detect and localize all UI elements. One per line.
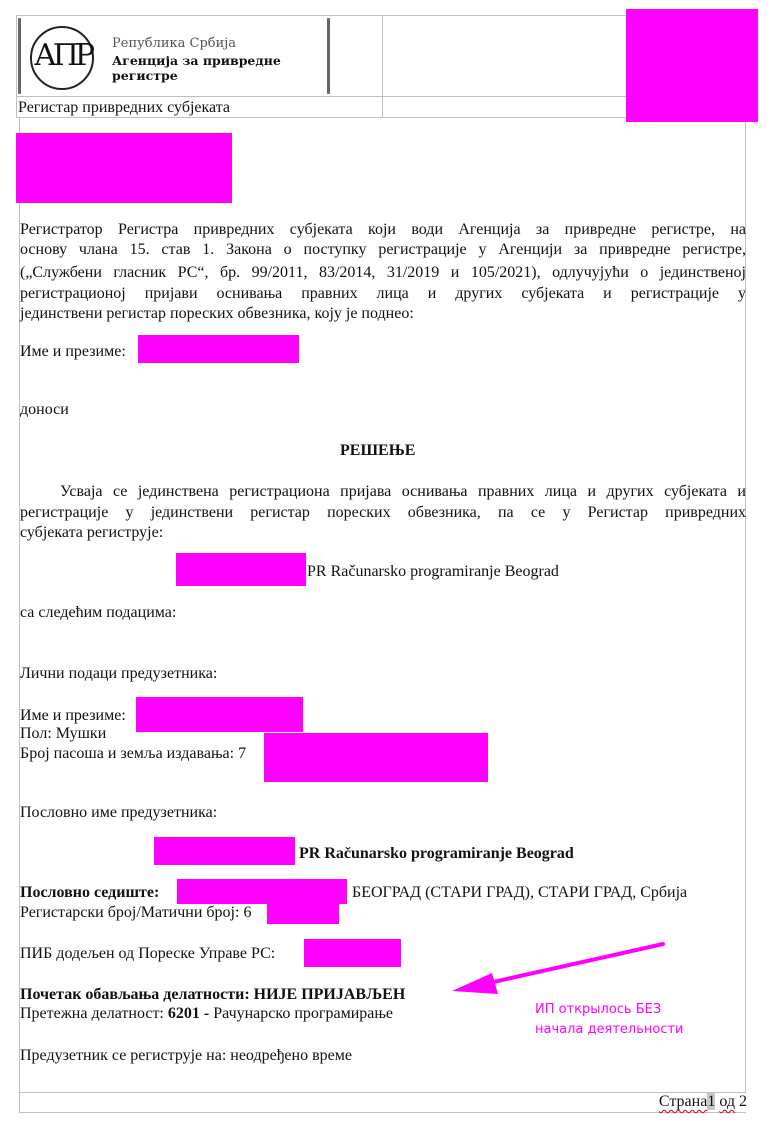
redaction-company-name-prefix: [176, 553, 306, 586]
footer-bottom-border: [19, 1112, 746, 1113]
page-current: 1: [707, 1093, 715, 1110]
logo-monogram: АПР: [34, 38, 91, 73]
decision-title: РЕШЕЊЕ: [340, 441, 415, 460]
activity-start-label: Почетак обављања делатности:: [20, 986, 250, 1003]
main-activity-row: Претежна делатност: 6201 - Рачунарско пр…: [20, 1004, 393, 1023]
passport-label: Број пасоша и земља издавања:: [20, 745, 234, 762]
header-bottom-border: [16, 117, 627, 118]
gender-label: Пол:: [20, 725, 52, 742]
decision-line-3: субјеката региструје:: [20, 523, 746, 542]
logo-left-bar: [18, 18, 21, 94]
personal-name-label: Име и презиме:: [20, 706, 126, 725]
logo-republic-text: Република Србија: [112, 36, 236, 51]
redaction-top-right: [626, 9, 758, 122]
donosi-text: доноси: [20, 400, 69, 419]
intro-line-3: („Службени гласник РС“, бр. 99/2011, 83/…: [20, 263, 746, 282]
seat-label: Пословно седиште:: [20, 883, 159, 902]
decision-line-2: регистрације у јединствени регистар поре…: [20, 503, 746, 522]
decision-line-1: Усваја се јединствена регистрациона приј…: [20, 482, 746, 501]
reg-number-label: Регистарски број/Матични број:: [20, 904, 239, 921]
company-name: PR Računarsko programiranje Beograd: [307, 562, 559, 581]
passport-partial: 7: [238, 745, 246, 762]
page-of: од: [719, 1093, 735, 1110]
footer-top-border: [19, 1092, 746, 1093]
seat-value: БЕОГРАД (СТАРИ ГРАД), СТАРИ ГРАД, Србија: [352, 883, 687, 902]
main-activity-name: Рачунарско програмирање: [213, 1005, 393, 1022]
redaction-pib: [304, 939, 401, 967]
passport-row: Број пасоша и земља издавања: 7: [20, 744, 246, 763]
page-total: 2: [739, 1093, 747, 1110]
registration-duration: Предузетник се региструје на: неодређено…: [20, 1046, 352, 1065]
redaction-doc-number: [16, 133, 232, 203]
pib-label: ПИБ додељен од Пореске Управе РС:: [20, 944, 275, 963]
business-name-heading: Пословно име предузетника:: [20, 803, 217, 822]
redaction-business-name-prefix: [154, 837, 295, 865]
business-name: PR Računarsko programiranje Beograd: [299, 844, 574, 863]
applicant-name-label: Име и презиме:: [20, 342, 126, 361]
annotation-line-1: ИП открылось БЕЗ: [535, 1000, 684, 1020]
annotation-line-2: начала деятельности: [535, 1020, 684, 1040]
main-activity-dash: -: [204, 1005, 209, 1022]
page-word: Страна: [659, 1093, 707, 1110]
personal-data-heading: Лични подаци предузетника:: [20, 664, 217, 683]
reg-number-partial: 6: [243, 904, 251, 921]
intro-line-5: јединствени регистар пореских обвезника,…: [20, 304, 746, 323]
activity-start-row: Почетак обављања делатности: НИЈЕ ПРИЈАВ…: [20, 985, 405, 1004]
redaction-applicant-name: [138, 335, 299, 363]
apr-logo: АПР Република Србија Агенција за привред…: [16, 16, 331, 94]
with-data-text: са следећим подацима:: [20, 603, 176, 622]
annotation-arrow-icon: [440, 935, 680, 1005]
gender-value: Мушки: [56, 725, 106, 742]
redaction-reg-number: [267, 898, 339, 924]
page-number: Страна1 од 2: [659, 1093, 747, 1111]
intro-line-2: основу члана 15. став 1. Закона о поступ…: [20, 240, 746, 259]
gender-row: Пол: Мушки: [20, 724, 106, 743]
annotation-note: ИП открылось БЕЗ начала деятельности: [535, 1000, 684, 1040]
logo-agency-text: Агенција за привредне регистре: [112, 53, 331, 83]
main-activity-label: Претежна делатност:: [20, 1005, 164, 1022]
intro-line-4: регистрационој пријави оснивања правних …: [20, 284, 746, 303]
header-row-divider: [16, 96, 627, 97]
intro-line-1: Регистратор Регистра привредних субјекат…: [20, 220, 746, 239]
redaction-personal-name: [136, 697, 303, 732]
header-col-divider: [382, 15, 383, 118]
main-activity-code: 6201: [168, 1005, 200, 1022]
redaction-passport: [264, 733, 488, 782]
activity-start-value: НИЈЕ ПРИЈАВЉЕН: [254, 986, 406, 1003]
reg-number-row: Регистарски број/Матични број: 6: [20, 903, 251, 922]
register-name: Регистар привредних субјеката: [18, 98, 230, 117]
